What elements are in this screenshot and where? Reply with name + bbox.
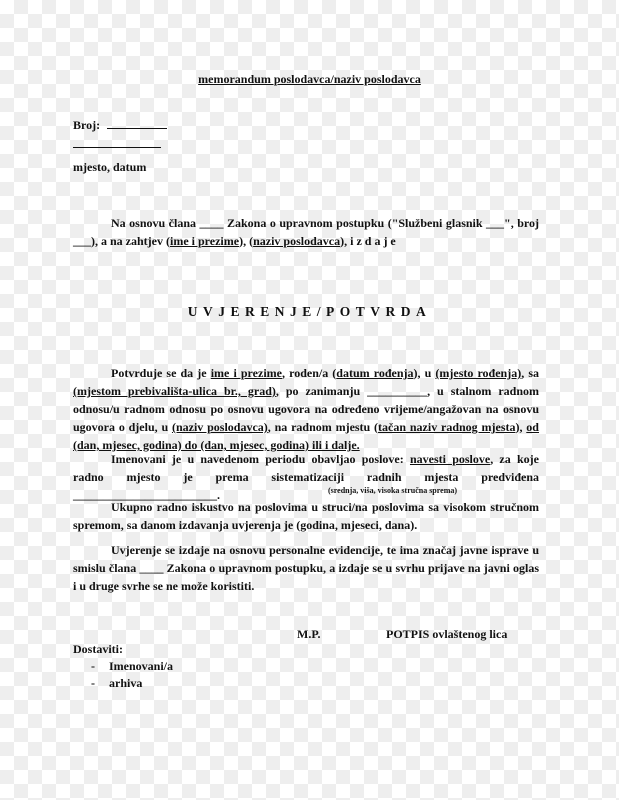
body-paragraph-3: Ukupno radno iskustvo na poslovima u str… — [73, 498, 539, 534]
body-paragraph-4: Uvjerenje se izdaje na osnovu personalne… — [73, 541, 539, 595]
intro-paragraph: Na osnovu člana ____ Zakona o upravnom p… — [73, 214, 539, 250]
body-paragraph-1: Potvrduje se da je ime i prezime, roden/… — [73, 364, 539, 454]
stamp-label: M.P. — [297, 627, 321, 642]
deliver-label: Dostaviti: — [73, 642, 123, 657]
number-label: Broj: — [73, 118, 100, 132]
number-blank — [107, 118, 167, 129]
letterhead: memorandum poslodavca/naziv poslodavca — [0, 72, 619, 87]
name-field: ime i prezime — [170, 234, 239, 248]
deliver-list: -Imenovani/a -arhiva — [73, 658, 173, 692]
signature-label: POTPIS ovlaštenog lica — [386, 627, 507, 642]
employer-field: naziv poslodavca — [253, 234, 340, 248]
list-item: -Imenovani/a — [73, 658, 173, 675]
body-paragraph-2: Imenovani je u navedenom periodu obavlja… — [73, 450, 539, 504]
place-date-label: mjesto, datum — [73, 160, 146, 175]
place-date-blank — [73, 147, 161, 148]
number-field: Broj: — [73, 118, 167, 133]
qualification-note: (srednja, viša, visoka stručna sprema) — [328, 486, 457, 495]
list-item: -arhiva — [73, 675, 173, 692]
document-title: UVJERENJE/POTVRDA — [0, 304, 619, 320]
